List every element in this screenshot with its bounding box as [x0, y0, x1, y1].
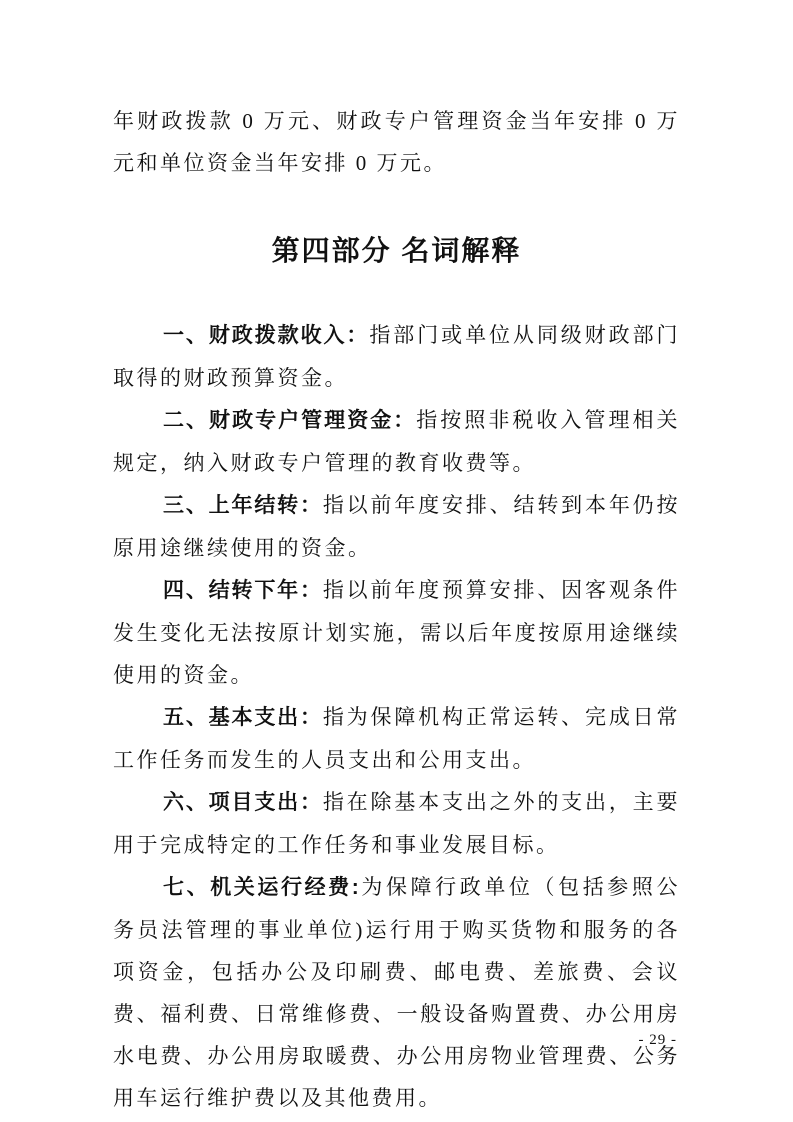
term-label-7: 七、机关运行经费: [163, 876, 360, 899]
section-heading: 第四部分 名词解释 [113, 228, 680, 274]
paragraph-continuation: 年财政拨款 0 万元、财政专户管理资金当年安排 0 万元和单位资金当年安排 0 … [113, 100, 680, 184]
term-label-4: 四、结转下年： [163, 579, 323, 602]
page-number: - 29 - [639, 1032, 678, 1049]
term-text-7: 为保障行政单位（包括参照公务员法管理的事业单位)运行用于购买货物和服务的各项资金… [113, 875, 680, 1110]
term-definition-4: 四、结转下年：指以前年度预算安排、因客观条件发生变化无法按原计划实施，需以后年度… [113, 569, 680, 696]
term-definition-3: 三、上年结转：指以前年度安排、结转到本年仍按原用途继续使用的资金。 [113, 484, 680, 569]
term-label-2: 二、财政专户管理资金： [163, 409, 416, 432]
document-page: 年财政拨款 0 万元、财政专户管理资金当年安排 0 万元和单位资金当年安排 0 … [0, 0, 793, 1122]
term-label-5: 五、基本支出： [163, 706, 323, 729]
term-definition-2: 二、财政专户管理资金：指按照非税收入管理相关规定，纳入财政专户管理的教育收费等。 [113, 399, 680, 484]
term-label-3: 三、上年结转： [163, 494, 323, 517]
term-definition-6: 六、项目支出：指在除基本支出之外的支出，主要用于完成特定的工作任务和事业发展目标… [113, 781, 680, 866]
term-definition-7: 七、机关运行经费:为保障行政单位（包括参照公务员法管理的事业单位)运行用于购买货… [113, 866, 680, 1119]
term-label-6: 六、项目支出： [163, 791, 323, 814]
term-label-1: 一、财政拨款收入： [163, 324, 369, 347]
term-definition-5: 五、基本支出：指为保障机构正常运转、完成日常工作任务而发生的人员支出和公用支出。 [113, 696, 680, 781]
term-definition-1: 一、财政拨款收入：指部门或单位从同级财政部门取得的财政预算资金。 [113, 314, 680, 399]
